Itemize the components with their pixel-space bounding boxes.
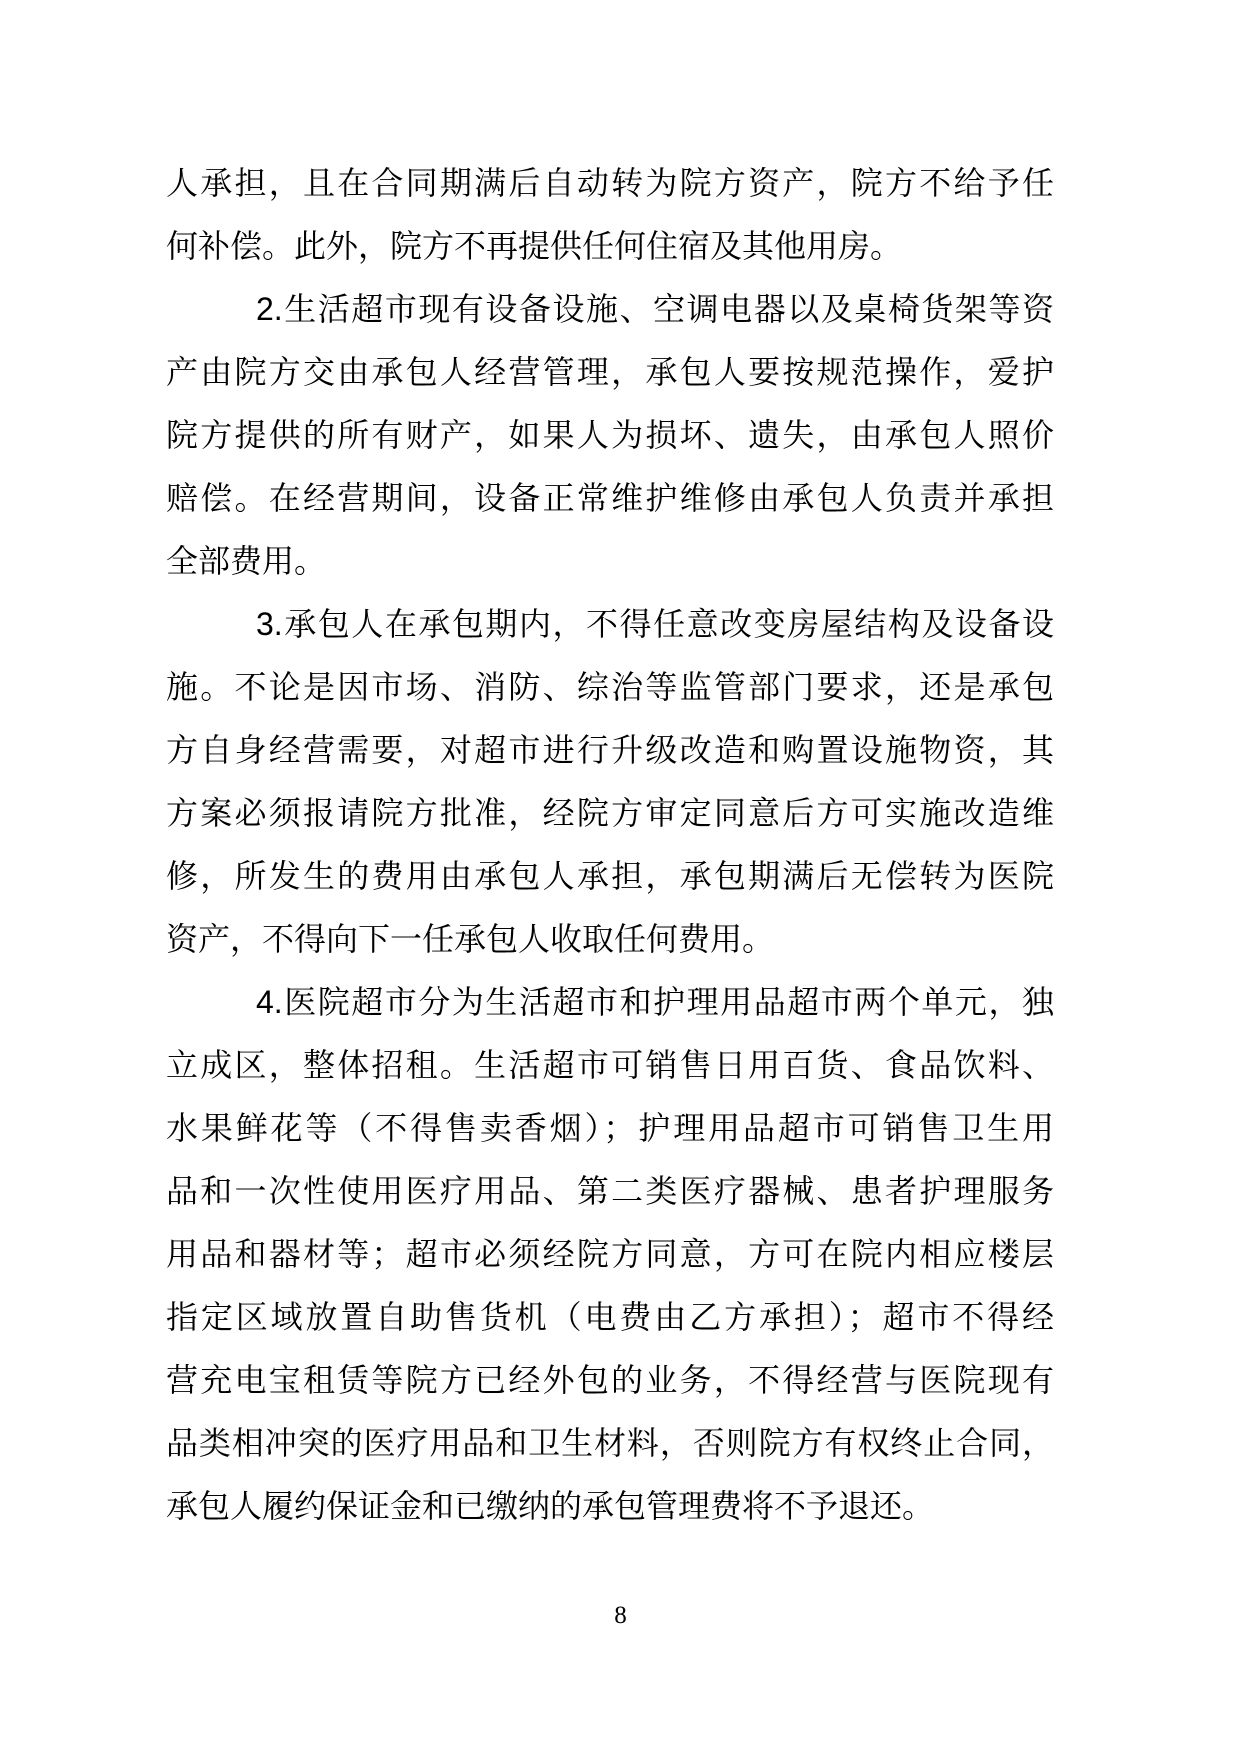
- text-line: 人承担，且在合同期满后自动转为院方资产，院方不给予任: [166, 152, 1054, 215]
- body-text: 人承担，且在合同期满后自动转为院方资产，院方不给予任何补偿。此外，院方不再提供任…: [166, 152, 1054, 1538]
- text-line: 施。不论是因市场、消防、综治等监管部门要求，还是承包: [166, 656, 1054, 719]
- text-line: 全部费用。: [166, 530, 1054, 593]
- page-footer: 8: [0, 1602, 1241, 1630]
- text-line: 用品和器材等；超市必须经院方同意，方可在院内相应楼层: [166, 1223, 1054, 1286]
- text-line: 2.生活超市现有设备设施、空调电器以及桌椅货架等资: [166, 278, 1054, 341]
- document-page: 人承担，且在合同期满后自动转为院方资产，院方不给予任何补偿。此外，院方不再提供任…: [0, 0, 1241, 1755]
- text-line: 资产，不得向下一任承包人收取任何费用。: [166, 908, 1054, 971]
- text-line: 何补偿。此外，院方不再提供任何住宿及其他用房。: [166, 215, 1054, 278]
- text-line: 品类相冲突的医疗用品和卫生材料，否则院方有权终止合同，: [166, 1412, 1054, 1475]
- text-line: 4.医院超市分为生活超市和护理用品超市两个单元，独: [166, 971, 1054, 1034]
- text-line: 院方提供的所有财产，如果人为损坏、遗失，由承包人照价: [166, 404, 1054, 467]
- text-line: 指定区域放置自助售货机（电费由乙方承担）；超市不得经: [166, 1286, 1054, 1349]
- text-line: 承包人履约保证金和已缴纳的承包管理费将不予退还。: [166, 1475, 1054, 1538]
- text-line: 修，所发生的费用由承包人承担，承包期满后无偿转为医院: [166, 845, 1054, 908]
- text-line: 3.承包人在承包期内，不得任意改变房屋结构及设备设: [166, 593, 1054, 656]
- text-line: 产由院方交由承包人经营管理，承包人要按规范操作，爱护: [166, 341, 1054, 404]
- text-line: 方自身经营需要，对超市进行升级改造和购置设施物资，其: [166, 719, 1054, 782]
- text-line: 品和一次性使用医疗用品、第二类医疗器械、患者护理服务: [166, 1160, 1054, 1223]
- text-line: 水果鲜花等（不得售卖香烟）；护理用品超市可销售卫生用: [166, 1097, 1054, 1160]
- text-line: 方案必须报请院方批准，经院方审定同意后方可实施改造维: [166, 782, 1054, 845]
- text-line: 立成区，整体招租。生活超市可销售日用百货、食品饮料、: [166, 1034, 1054, 1097]
- text-line: 营充电宝租赁等院方已经外包的业务，不得经营与医院现有: [166, 1349, 1054, 1412]
- page-number: 8: [614, 1602, 627, 1629]
- text-line: 赔偿。在经营期间，设备正常维护维修由承包人负责并承担: [166, 467, 1054, 530]
